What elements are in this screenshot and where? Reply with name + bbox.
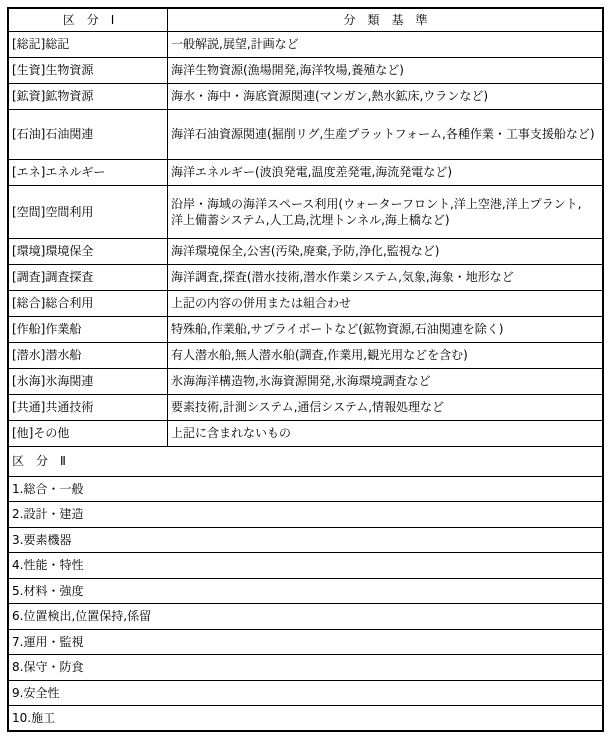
table-row: [作船]作業船 特殊船,作業船,サプライボートなど(鉱物資源,石油関連を除く) [8,316,603,342]
criteria-cell: 海洋環境保全,公害(汚染,廃棄,予防,浄化,監視など) [168,238,604,264]
section2-cell: 2.設計・建造 [8,502,603,528]
classification-table: 区 分 Ⅰ 分 類 基 準 [総記]総記 一般解説,展望,計画など [生資]生物… [7,7,604,732]
section2-cell: 8.保守・防食 [8,655,603,681]
table-row: [氷海]氷海関連 氷海海洋構造物,氷海資源開発,氷海環境調査など [8,368,603,394]
table-row: [潜水]潜水船 有人潜水船,無人潜水船(調査,作業用,観光用などを含む) [8,342,603,368]
criteria-cell: 氷海海洋構造物,氷海資源開発,氷海環境調査など [168,368,604,394]
section2-cell: 10.施工 [8,706,603,732]
section2-cell: 1.総合・一般 [8,476,603,502]
category-cell: [環境]環境保全 [8,238,168,264]
table-row: [石油]石油関連 海洋石油資源関連(掘削リグ,生産プラットフォーム,各種作業・工… [8,109,603,159]
criteria-cell: 上記の内容の併用または組合わせ [168,290,604,316]
criteria-cell: 海洋調査,探査(潜水技術,潜水作業システム,気象,海象・地形など [168,264,604,290]
category-cell: [空間]空間利用 [8,185,168,238]
section2-cell: 9.安全性 [8,680,603,706]
criteria-line: 洋上備蓄システム,人工島,沈埋トンネル,海上橋など) [171,212,600,228]
criteria-cell: 特殊船,作業船,サプライボートなど(鉱物資源,石油関連を除く) [168,316,604,342]
section2-cell: 5.材料・強度 [8,578,603,604]
table-row: [エネ]エネルギー 海洋エネルギー(波浪発電,温度差発電,海流発電など) [8,159,603,185]
category-cell: [共通]共通技術 [8,394,168,420]
section2-header-row: 区 分 Ⅱ [8,446,603,476]
category-cell: [他]その他 [8,420,168,446]
table-row: [他]その他 上記に含まれないもの [8,420,603,446]
section2-cell: 7.運用・監視 [8,629,603,655]
section2-cell: 3.要素機器 [8,527,603,553]
category-cell: [総記]総記 [8,31,168,57]
category1-header-cell: 区 分 Ⅰ [8,8,168,31]
criteria-header-cell: 分 類 基 準 [168,8,604,31]
category-cell: [石油]石油関連 [8,109,168,159]
category-cell: [鉱資]鉱物資源 [8,83,168,109]
section2-row: 7.運用・監視 [8,629,603,655]
table-row: [共通]共通技術 要素技術,計測システム,通信システム,情報処理など [8,394,603,420]
table-row: [総記]総記 一般解説,展望,計画など [8,31,603,57]
table-row: [環境]環境保全 海洋環境保全,公害(汚染,廃棄,予防,浄化,監視など) [8,238,603,264]
section2-row: 2.設計・建造 [8,502,603,528]
section2-cell: 4.性能・特性 [8,553,603,579]
section2-row: 9.安全性 [8,680,603,706]
criteria-cell: 沿岸・海域の海洋スペース利用(ウォーターフロント,洋上空港,洋上プラント, 洋上… [168,185,604,238]
section2-cell: 6.位置検出,位置保持,係留 [8,604,603,630]
table-row: [鉱資]鉱物資源 海水・海中・海底資源関連(マンガン,熱水鉱床,ウランなど) [8,83,603,109]
section2-row: 6.位置検出,位置保持,係留 [8,604,603,630]
category-cell: [総合]総合利用 [8,290,168,316]
section2-row: 4.性能・特性 [8,553,603,579]
criteria-cell: 有人潜水船,無人潜水船(調査,作業用,観光用などを含む) [168,342,604,368]
page: 区 分 Ⅰ 分 類 基 準 [総記]総記 一般解説,展望,計画など [生資]生物… [0,0,612,741]
category-cell: [作船]作業船 [8,316,168,342]
table-row: [生資]生物資源 海洋生物資源(漁場開発,海洋牧場,養殖など) [8,57,603,83]
criteria-cell: 一般解説,展望,計画など [168,31,604,57]
category-cell: [生資]生物資源 [8,57,168,83]
criteria-cell: 要素技術,計測システム,通信システム,情報処理など [168,394,604,420]
criteria-cell: 海洋エネルギー(波浪発電,温度差発電,海流発電など) [168,159,604,185]
criteria-cell: 海水・海中・海底資源関連(マンガン,熱水鉱床,ウランなど) [168,83,604,109]
section2-row: 1.総合・一般 [8,476,603,502]
criteria-cell: 上記に含まれないもの [168,420,604,446]
section2-row: 3.要素機器 [8,527,603,553]
table-row: [空間]空間利用 沿岸・海域の海洋スペース利用(ウォーターフロント,洋上空港,洋… [8,185,603,238]
table-row: [調査]調査探査 海洋調査,探査(潜水技術,潜水作業システム,気象,海象・地形な… [8,264,603,290]
section2-row: 5.材料・強度 [8,578,603,604]
category-cell: [エネ]エネルギー [8,159,168,185]
category2-header-cell: 区 分 Ⅱ [8,446,603,476]
criteria-cell: 海洋生物資源(漁場開発,海洋牧場,養殖など) [168,57,604,83]
table-row: [総合]総合利用 上記の内容の併用または組合わせ [8,290,603,316]
criteria-line: 沿岸・海域の海洋スペース利用(ウォーターフロント,洋上空港,洋上プラント, [171,196,600,212]
section2-row: 8.保守・防食 [8,655,603,681]
criteria-cell: 海洋石油資源関連(掘削リグ,生産プラットフォーム,各種作業・工事支援船など) [168,109,604,159]
section1-header-row: 区 分 Ⅰ 分 類 基 準 [8,8,603,31]
section2-row: 10.施工 [8,706,603,732]
category-cell: [氷海]氷海関連 [8,368,168,394]
category-cell: [調査]調査探査 [8,264,168,290]
category-cell: [潜水]潜水船 [8,342,168,368]
